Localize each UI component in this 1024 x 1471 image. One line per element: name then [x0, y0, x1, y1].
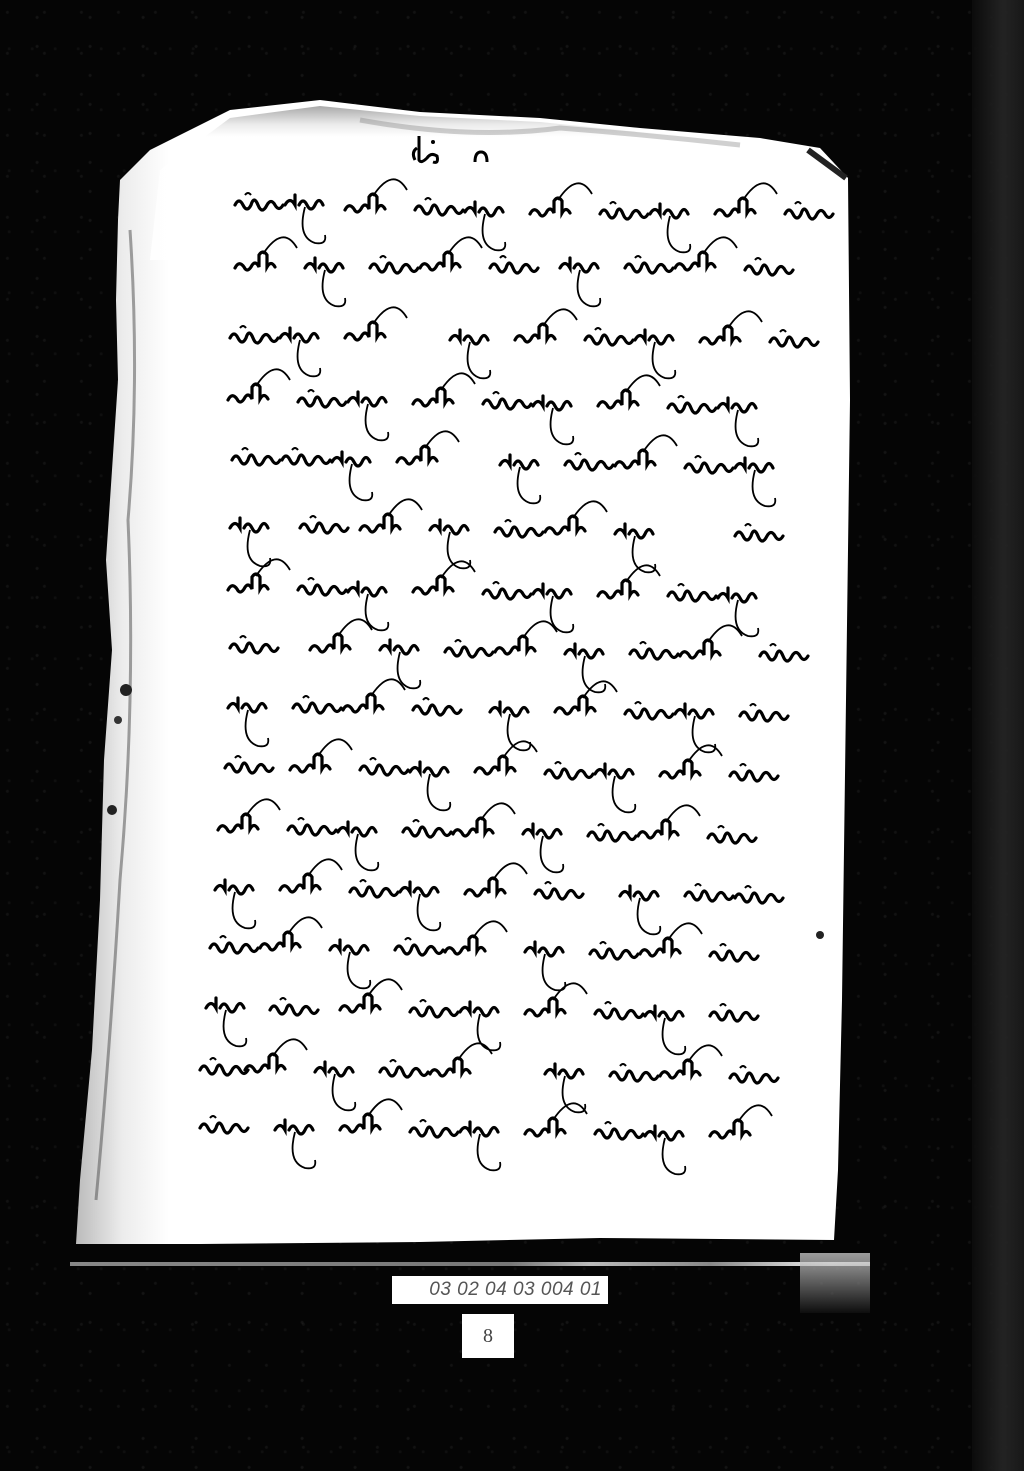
- manuscript-text-body: [0, 0, 1024, 1471]
- text-line: [228, 679, 788, 752]
- text-line: [232, 431, 775, 506]
- text-line: [225, 739, 778, 812]
- text-line: [230, 619, 808, 692]
- text-line: [200, 1099, 772, 1174]
- text-line: [230, 307, 818, 378]
- text-line: [218, 799, 756, 872]
- archive-shelfmark-label: 03 02 04 03 004 01: [392, 1276, 608, 1304]
- page-number-label: 8: [462, 1314, 514, 1358]
- text-line: [228, 369, 758, 446]
- scan-bed-edge: [70, 1262, 870, 1266]
- text-line: [210, 917, 758, 990]
- text-line: [200, 1039, 778, 1112]
- text-line: [230, 499, 783, 572]
- text-line: [228, 559, 758, 636]
- text-line: [235, 179, 833, 252]
- scan-bed-corner: [800, 1253, 870, 1313]
- text-line: [235, 237, 793, 306]
